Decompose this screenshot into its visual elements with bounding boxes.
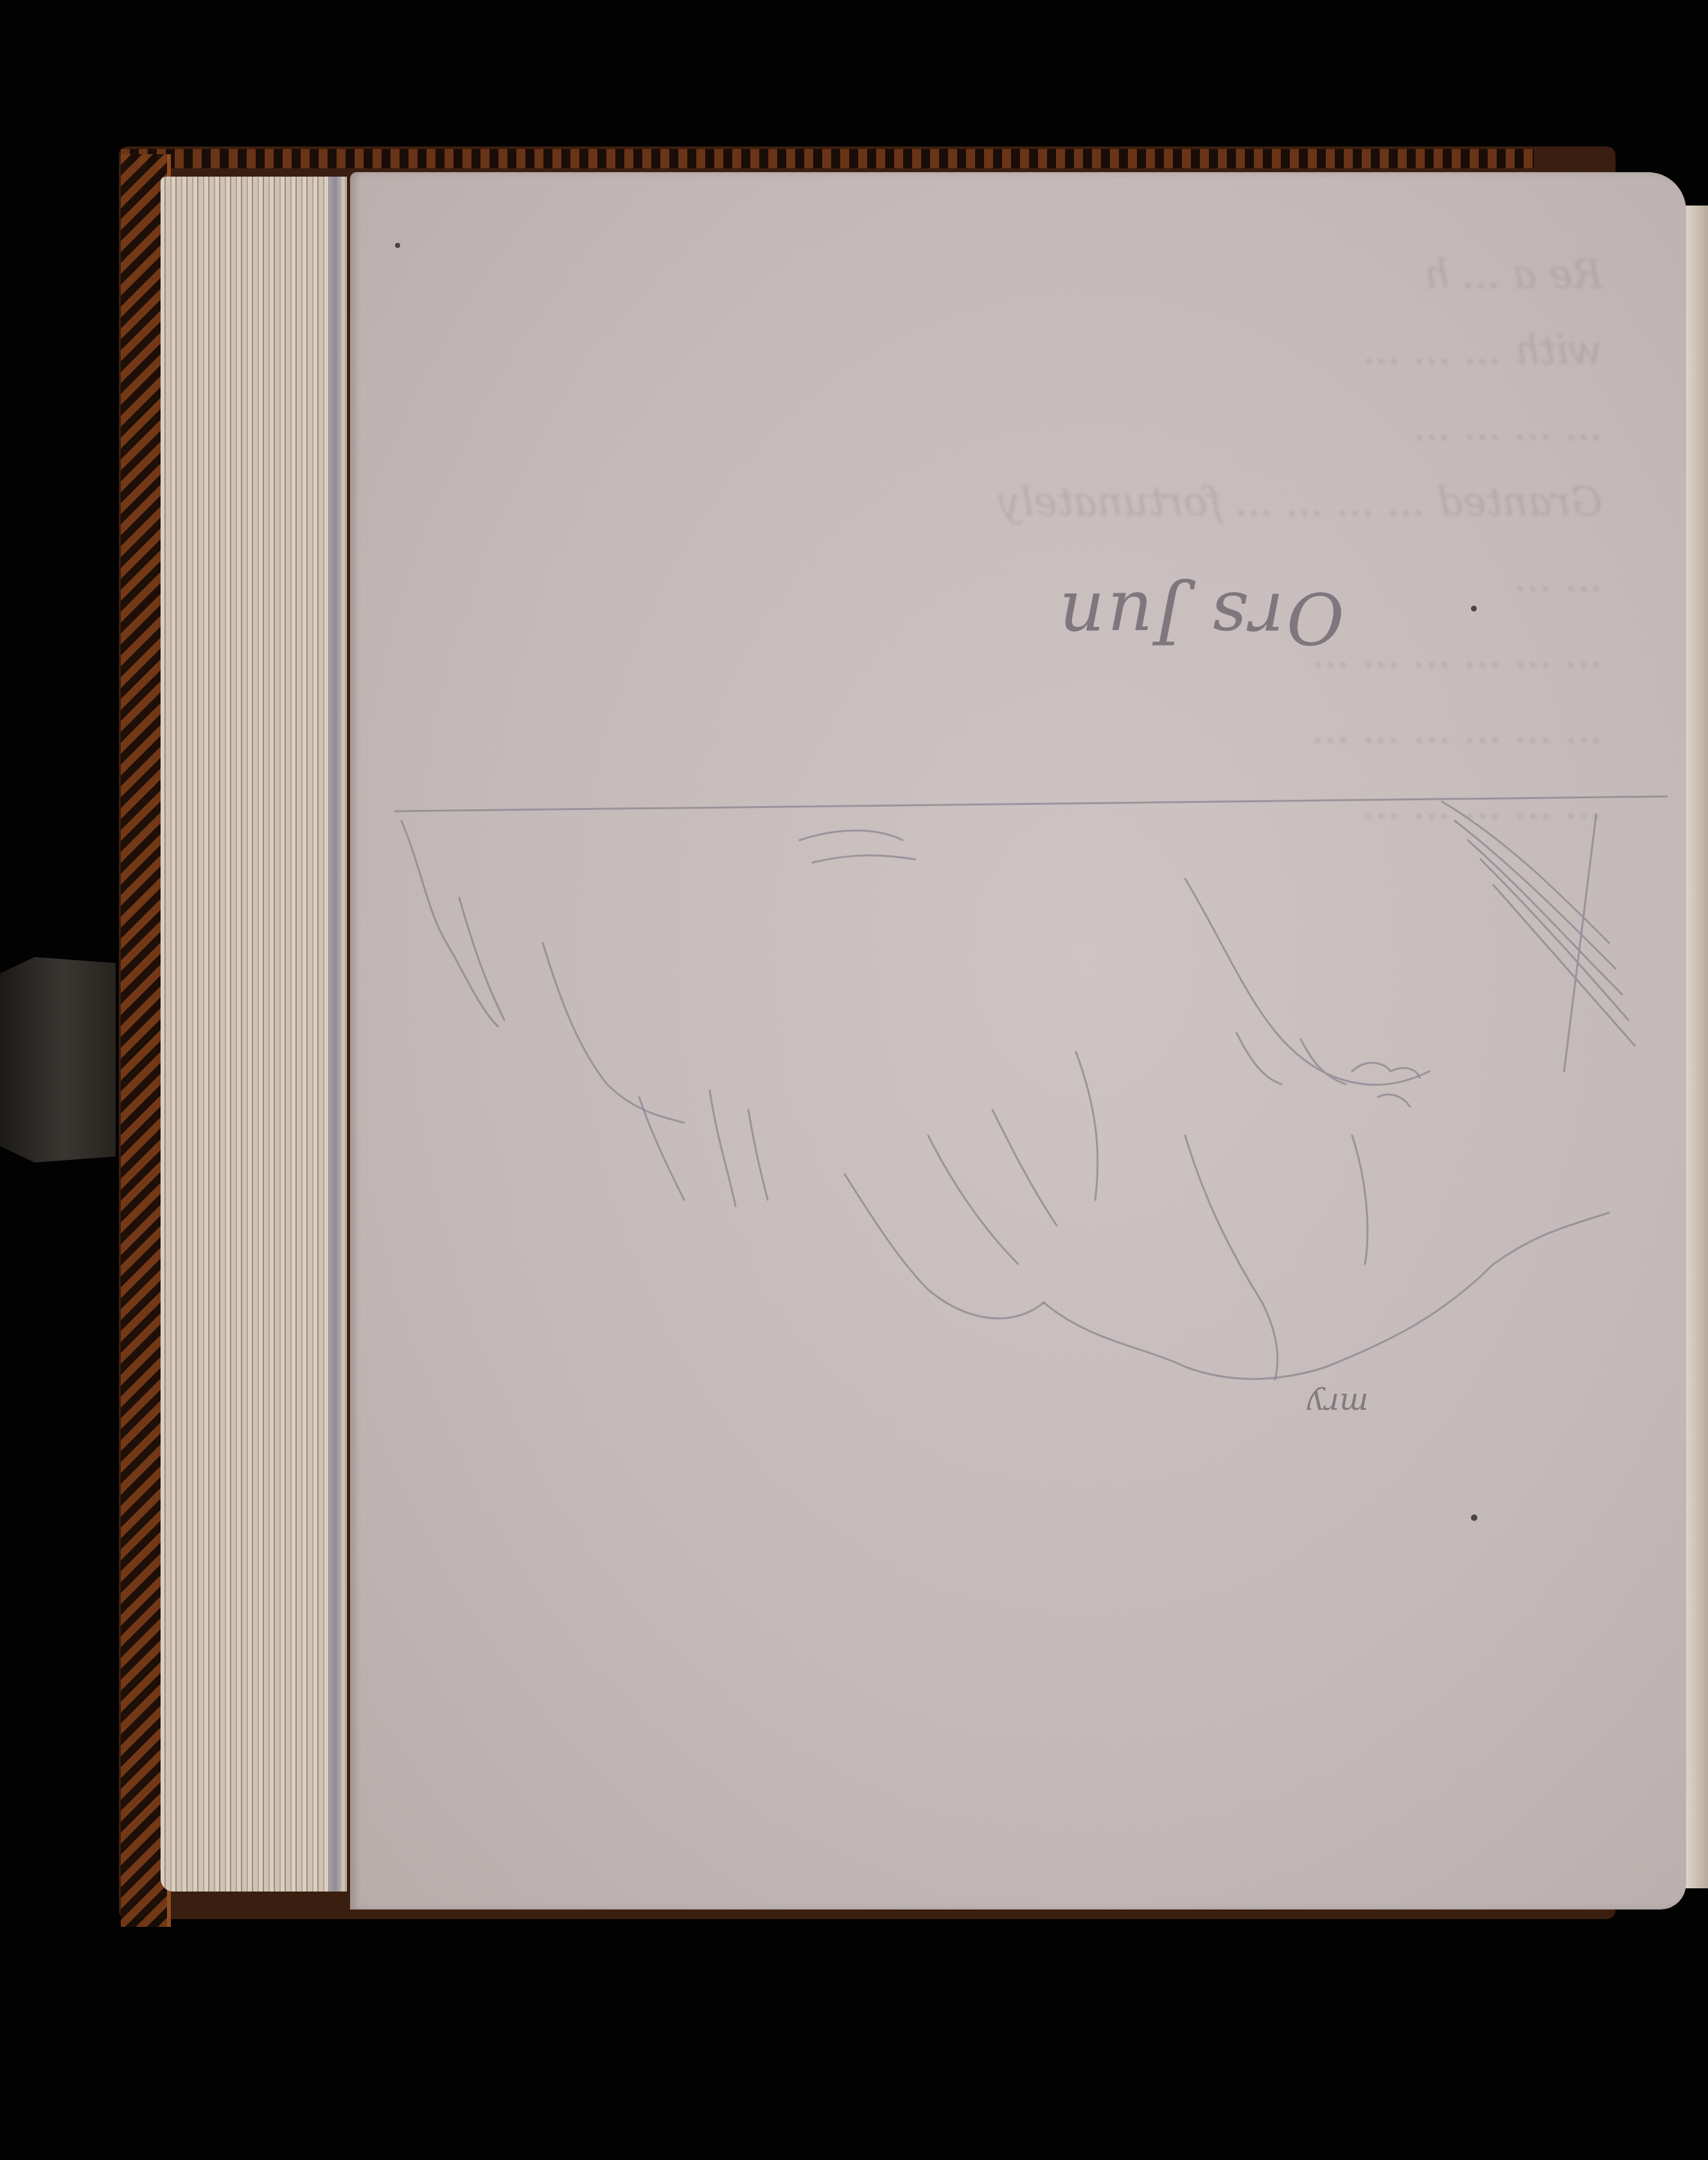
pencil-landscape-sketch — [350, 172, 1686, 1910]
cover-top-tooling — [121, 149, 1534, 168]
hatched-cliff — [1442, 802, 1635, 1071]
distant-headland — [800, 830, 915, 863]
metal-clasp — [0, 957, 116, 1163]
small-inscription: mry — [1307, 1386, 1369, 1422]
foxing-spot — [1471, 606, 1477, 611]
cliff-center — [845, 1052, 1098, 1319]
notebook-page: Re a ... h with ... ... ... ... ... ... … — [350, 172, 1686, 1910]
rock-outcrop — [1185, 879, 1429, 1085]
horizon-line — [395, 796, 1667, 811]
page-edges-stack — [161, 177, 347, 1892]
headland-right — [1185, 1136, 1368, 1380]
foxing-spot — [1471, 1515, 1477, 1521]
shoreline — [1044, 1213, 1609, 1379]
foxing-spot — [395, 243, 400, 248]
grey-leaf-band — [329, 177, 342, 1892]
cliff-left — [401, 821, 684, 1123]
photo-background: Re a ... h with ... ... ... ... ... ... … — [0, 0, 1708, 2160]
cliff-left-detail — [639, 1091, 768, 1206]
